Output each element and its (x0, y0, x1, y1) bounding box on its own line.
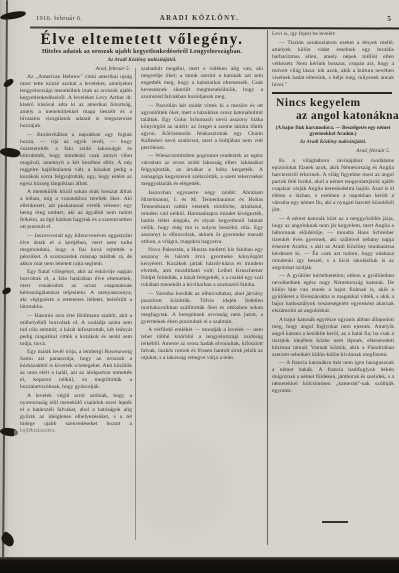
main-headline: Élve eltemetett vőlegény. (20, 31, 264, 49)
scan-artifact (1, 287, 12, 296)
paragraph: Az „American Hebrew" cimü amerikai ujság… (20, 74, 132, 130)
right-column-continuation: Levi is, igy fejezi be levelét: — Tisztá… (272, 31, 394, 89)
main-article-column-2: szabadult megélni, mert e vidéken alig v… (141, 66, 263, 546)
column-rule-right (267, 30, 268, 545)
paragraph: — Jaszovownál egy kilencvenéves aggastyá… (20, 233, 132, 268)
masthead: ARADI KÖZLÖNY. (0, 15, 399, 22)
main-byline: Az Aradi Közlöny tudósítójától. (20, 57, 264, 63)
paragraph: Novo Palesztán, a Huszta melletti kis fa… (141, 247, 263, 289)
paragraph: És a világháboru lavinájához csodálatos … (272, 158, 394, 214)
paragraph: — Hasonló sors érte Hollmann szabót, aki… (20, 313, 132, 348)
article-divider-rule (272, 92, 392, 94)
paragraph: — Parcellán két zsidót vittek ki a mezőr… (141, 103, 263, 152)
right-headline-line1: Nincs kegyelem (276, 97, 394, 109)
paragraph: — Wieszczemitzben pogromot rendeztek az … (141, 153, 263, 188)
main-subtitle: Hiteles adatok az oroszok ujabb kegyetle… (20, 49, 264, 55)
right-byline: Az Aradi Közlöny tudósítójától. (272, 139, 394, 145)
paragraph: A vérfürdő emlékét — mondják a levelek —… (141, 327, 263, 362)
paragraph: — A francia katonákra már nem igen harag… (272, 360, 394, 395)
paragraph: — Bezdovkában a napokban ugy fogtak hozz… (20, 132, 132, 188)
right-dateline: Arad, február 5. (272, 148, 390, 154)
paragraph: Egy másik levél irója, a lembergi Rosenz… (20, 349, 132, 391)
main-article-column-1: Arad, február 5. Az „American Hebrew" ci… (20, 66, 132, 542)
paragraph: — Varsóba hordták az elhurcoltakat, ahol… (141, 291, 263, 326)
right-article-body: És a világháboru lavinájához csodálatos … (272, 158, 394, 518)
paragraph: Egy fiatal vőlegényt, akit az esküvője n… (20, 269, 132, 311)
header-rule (30, 27, 399, 30)
column-rule-inner (135, 68, 136, 540)
paragraph: A levelek végül arról szólnak, hogy a ny… (20, 393, 132, 435)
paragraph: A menekülők közül sokan órák hosszat áll… (20, 189, 132, 231)
article-end-rule (322, 521, 348, 523)
paragraph: Jaszovban egyszerre négy zsidót: Abraham… (141, 190, 263, 246)
paragraph: — A német katonák közt az a meggyőződés … (272, 216, 394, 272)
right-subtitle: (A bajor fiuk harcmodora. — Beszélgetés … (272, 125, 394, 137)
scan-artifact (2, 78, 15, 89)
page-number: 5 (387, 14, 391, 23)
paragraph: A bajor katonák egyrésze ugyanis abban á… (272, 317, 394, 359)
paragraph: Levi is, igy fejezi be levelét: (272, 31, 394, 38)
right-headline-line2: az angol katonáknak (296, 110, 399, 122)
main-dateline: Arad, február 5. (20, 66, 130, 73)
newspaper-page: 1916. február 6. ARADI KÖZLÖNY. 5 Élve e… (0, 0, 399, 573)
paragraph: szabadult megélni, mert e vidéken alig v… (141, 66, 263, 101)
scan-bottom-band (0, 557, 399, 573)
scan-artifact (0, 146, 21, 160)
paragraph: — A gyülölet kérlelhetetlen; ebben a gyü… (272, 273, 394, 315)
paragraph: — Tisztán sorakoztatom ezeket a tények m… (272, 40, 394, 89)
